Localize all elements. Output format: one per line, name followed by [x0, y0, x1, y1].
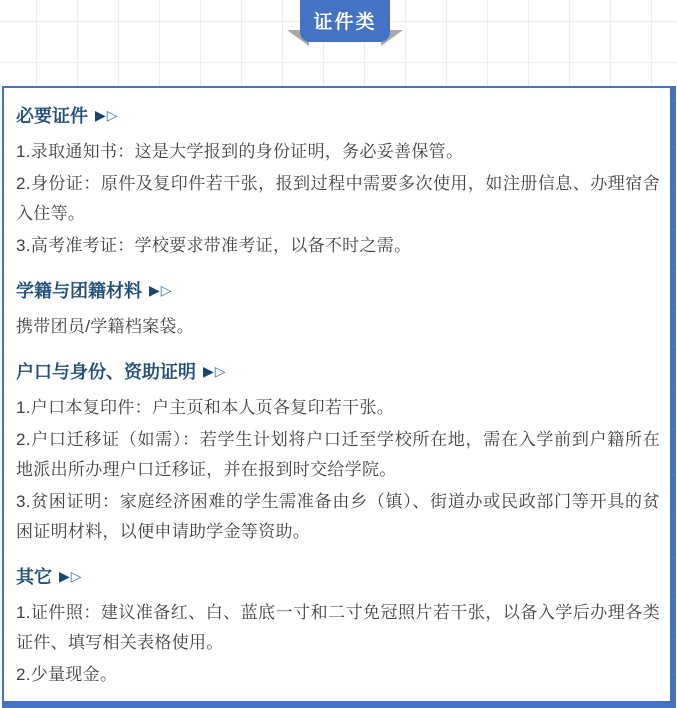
- double-arrow-icon: ▶ ▷: [59, 569, 82, 583]
- arrow-hollow-icon: ▷: [161, 283, 172, 297]
- arrow-solid-icon: ▶: [149, 283, 160, 297]
- double-arrow-icon: ▶ ▷: [149, 283, 172, 297]
- arrow-hollow-icon: ▷: [107, 108, 118, 122]
- banner-title: 证件类: [313, 7, 376, 34]
- list-item: 2.身份证：原件及复印件若干张，报到过程中需要多次使用，如注册信息、办理宿舍入住…: [16, 169, 660, 229]
- section-required-documents: 必要证件 ▶ ▷ 1.录取通知书：这是大学报到的身份证明，务必妥善保管。 2.身…: [16, 102, 660, 261]
- section-heading: 学籍与团籍材料 ▶ ▷: [16, 277, 660, 303]
- arrow-solid-icon: ▶: [203, 364, 214, 378]
- page: { "banner": { "label": "证件类" }, "decor":…: [0, 0, 677, 708]
- list-item: 2.少量现金。: [16, 660, 660, 690]
- arrow-hollow-icon: ▷: [215, 364, 226, 378]
- double-arrow-icon: ▶ ▷: [203, 364, 226, 378]
- section-heading: 必要证件 ▶ ▷: [16, 102, 660, 128]
- list-item: 1.录取通知书：这是大学报到的身份证明，务必妥善保管。: [16, 137, 660, 167]
- section-heading: 其它 ▶ ▷: [16, 563, 660, 589]
- list-item: 3.贫困证明：家庭经济困难的学生需准备由乡（镇）、街道办或民政部门等开具的贫困证…: [16, 487, 660, 547]
- banner-plate: 证件类: [300, 0, 390, 42]
- section-heading-text: 其它: [16, 563, 52, 589]
- section-heading-text: 必要证件: [16, 102, 88, 128]
- section-household-identity-aid: 户口与身份、资助证明 ▶ ▷ 1.户口本复印件：户主页和本人页各复印若干张。 2…: [16, 358, 660, 547]
- list-item: 携带团员/学籍档案袋。: [16, 312, 660, 342]
- list-item: 2.户口迁移证（如需）：若学生计划将户口迁至学校所在地，需在入学前到户籍所在地派…: [16, 425, 660, 485]
- section-heading-text: 户口与身份、资助证明: [16, 358, 196, 384]
- ribbon-banner: 证件类: [287, 0, 403, 51]
- section-school-roll-materials: 学籍与团籍材料 ▶ ▷ 携带团员/学籍档案袋。: [16, 277, 660, 342]
- section-heading: 户口与身份、资助证明 ▶ ▷: [16, 358, 660, 384]
- double-arrow-icon: ▶ ▷: [95, 108, 118, 122]
- section-others: 其它 ▶ ▷ 1.证件照：建议准备红、白、蓝底一寸和二寸免冠照片若干张，以备入学…: [16, 563, 660, 690]
- list-item: 1.户口本复印件：户主页和本人页各复印若干张。: [16, 393, 660, 423]
- list-item: 1.证件照：建议准备红、白、蓝底一寸和二寸免冠照片若干张，以备入学后办理各类证件…: [16, 598, 660, 658]
- list-item: 3.高考准考证：学校要求带准考证，以备不时之需。: [16, 231, 660, 261]
- section-heading-text: 学籍与团籍材料: [16, 277, 142, 303]
- arrow-solid-icon: ▶: [59, 569, 70, 583]
- content-card: 必要证件 ▶ ▷ 1.录取通知书：这是大学报到的身份证明，务必妥善保管。 2.身…: [2, 86, 676, 708]
- arrow-solid-icon: ▶: [95, 108, 106, 122]
- arrow-hollow-icon: ▷: [71, 569, 82, 583]
